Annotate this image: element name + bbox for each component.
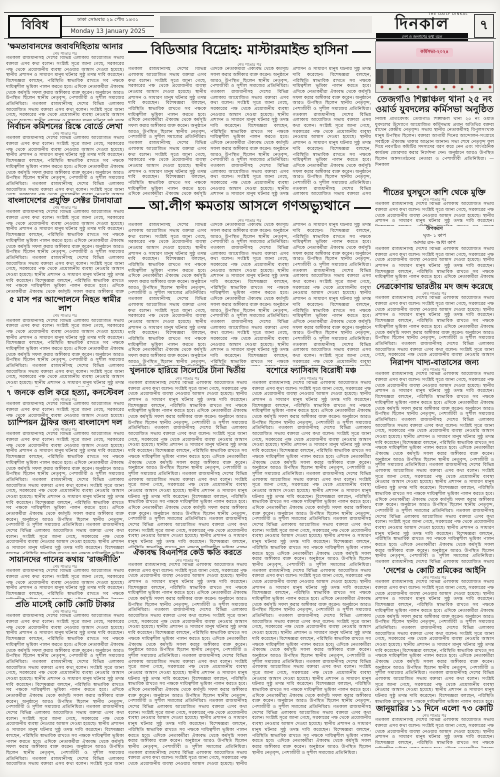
column-4: কর্মিসভা-২০২৪ তেজগাঁও শিল্পাঞ্চল থানা ২৫… — [375, 41, 494, 748]
article-headline: ৭ জনকে গুলি করে হত্যা, কনস্টেবল — [6, 388, 124, 397]
article-headline: ঐক্যবদ্ধ বিএনপির কেউ ক্ষতি করতে — [128, 549, 247, 558]
article-headline: শীতের ঘুসঘুসে কাশি থেকে মুক্তি — [375, 188, 494, 197]
article: নেত্রকোণায় ভারতীয় মদ জব্দ করেছে শেষ পা… — [375, 281, 494, 357]
masthead: বিবিধ ঢাকা সোমবার ২৯ পৌষ ১৪৩১ Monday 13 … — [4, 14, 496, 36]
article: বিডিআর বিদ্রোহ: মাস্টারমাইন্ড হাসিনা শেষ… — [128, 41, 371, 197]
article: যশোরে ফ্যাসিবাদ বিরোধী মঞ্চ শেষ পাতার পর… — [252, 366, 371, 766]
article-body: গতকাল রাজধানীসহ দেশের বিভিন্ন এলাকায় আয… — [375, 580, 494, 703]
center-lower-columns: খুলনাকে হারিয়ে সিলেটের টানা দ্বিতীয় শে… — [128, 366, 371, 766]
article-body: গতকাল রাজধানীসহ দেশের বিভিন্ন এলাকায় আয… — [375, 202, 494, 226]
photo-banner-text: কর্মিসভা-২০২৪ — [416, 48, 452, 57]
page-number-box: ৭ — [474, 14, 494, 38]
headline-dash-left — [128, 51, 147, 53]
article-headline: নেত্রকোণায় ভারতীয় মদ জব্দ করেছে — [375, 282, 494, 291]
headline-dash-left — [128, 207, 145, 209]
article-headline: ৫ মাস পর আন্দোলনে নিহত স্বামীর লাশ — [6, 295, 124, 313]
article: 'ক্ষমতাবানদের জবাবদিহিতায় আনার শেষ পাতা… — [6, 41, 124, 121]
column-1: 'ক্ষমতাবানদের জবাবদিহিতায় আনার শেষ পাতা… — [6, 41, 124, 766]
article: ঐক্যবদ্ধ বিএনপির কেউ ক্ষতি করতে শেষ পাতা… — [128, 548, 247, 766]
article: ৫ মাস পর আন্দোলনে নিহত স্বামীর লাশ শেষ প… — [6, 294, 124, 387]
article-body: গতকাল রাজধানীসহ দেশের বিভিন্ন এলাকায় আয… — [6, 210, 124, 294]
paper-name: দিনকাল — [376, 16, 468, 32]
article-body: গতকাল রাজধানীসহ দেশের বিভিন্ন এলাকায় আয… — [6, 432, 124, 554]
center-columns: বিডিআর বিদ্রোহ: মাস্টারমাইন্ড হাসিনা শেষ… — [128, 41, 371, 766]
article-body: গতকাল রাজধানীসহ দেশের বিভিন্ন এলাকায় আয… — [375, 247, 494, 281]
page-number: ৭ — [480, 16, 488, 37]
article-headline: সায়ানদের গানের কথায় 'রাজনীতি' — [6, 555, 124, 564]
article-body: গতকাল রাজধানীসহ দেশের বিভিন্ন এলাকায় আয… — [6, 614, 124, 766]
article-body: গতকাল রাজধানীসহ দেশের বিভিন্ন এলাকায় আয… — [375, 372, 494, 565]
article-body: গতকাল রাজধানীসহ দেশের বিভিন্ন এলাকায় আয… — [375, 296, 494, 357]
article: নিরাপদ খাদ্য-বাতাসের জন্য শেষ পাতার পর গ… — [375, 357, 494, 565]
article-headline: প্রতি মাসেই কোটি কোটি টাকার — [6, 600, 124, 609]
article: বাংলাদেশের প্রযুক্তি সেক্টর টানাযাত্রা শ… — [6, 195, 124, 294]
headline-dash-right — [352, 51, 371, 53]
article-body: গতকাল রাজধানীসহ দেশের বিভিন্ন এলাকায় আয… — [6, 569, 124, 599]
article-headline: জানুয়ারির ১১ দিনে এলো ৭৩ কোটি — [375, 704, 494, 713]
section-name: বিবিধ — [22, 17, 49, 37]
article: আ.লীগ ক্ষমতায় আসলে গণঅভ্যুত্থানে শেষ পা… — [128, 197, 371, 366]
article-headline: 'দেশের ৬ কোটি শ্রমিকের আইনি — [375, 566, 494, 575]
photo-dais-people — [376, 69, 493, 84]
article: জানুয়ারির ১১ দিনে এলো ৭৩ কোটি শেষ পাতার… — [375, 703, 494, 748]
spanning-headline-row: বিডিআর বিদ্রোহ: মাস্টারমাইন্ড হাসিনা — [128, 41, 371, 62]
article-headline: চ্যাম্পিয়ন ট্রফির জন্য বাংলাদেশ দল — [6, 418, 124, 427]
event-photo: কর্মিসভা-২০২৪ — [375, 41, 494, 93]
article-body: গতকাল রাজধানীসহ দেশের বিভিন্ন এলাকায় আয… — [252, 381, 371, 766]
article-body: গতকাল রাজধানীসহ দেশের বিভিন্ন এলাকায় আয… — [375, 718, 494, 748]
article-headline: খুলনাকে হারিয়ে সিলেটের টানা দ্বিতীয় — [128, 367, 247, 376]
article-headline: নির্বাচন কমিশনের রিস্কে বোর্ডে লেখা — [6, 122, 124, 131]
newspaper-page: বিবিধ ঢাকা সোমবার ২৯ পৌষ ১৪৩১ Monday 13 … — [0, 0, 500, 777]
article-headline: 'ক্ষমতাবানদের জবাবদিহিতায় আনার — [6, 42, 124, 51]
photo-flower-table — [376, 84, 493, 92]
photo-banner: কর্মিসভা-২০২৪ — [376, 42, 493, 63]
article: খুলনাকে হারিয়ে সিলেটের টানা দ্বিতীয় শে… — [128, 366, 247, 548]
header-gray-bar — [160, 16, 372, 33]
article-body: গতকাল রাজধানীসহ দেশের বিভিন্ন এলাকায় আয… — [6, 136, 124, 195]
article: সায়ানদের গানের কথায় 'রাজনীতি' শেষ পাতা… — [6, 554, 124, 599]
article: শীতের ঘুসঘুসে কাশি থেকে মুক্তি শেষ পাতার… — [375, 187, 494, 281]
article-headline: বাংলাদেশের প্রযুক্তি সেক্টর টানাযাত্রা — [6, 196, 124, 205]
date-english: Monday 13 January 2025 — [62, 27, 154, 36]
masthead-bottom-rule — [4, 38, 496, 39]
date-bengali: ঢাকা সোমবার ২৯ পৌষ ১৪৩১ — [62, 16, 154, 27]
article-body: গতকাল রাজধানীসহ দেশের বিভিন্ন এলাকায় আয… — [128, 223, 371, 366]
column-2: খুলনাকে হারিয়ে সিলেটের টানা দ্বিতীয় শে… — [128, 366, 247, 766]
article-headline: আ.লীগ ক্ষমতায় আসলে গণঅভ্যুত্থানে — [149, 197, 350, 218]
article: প্রতি মাসেই কোটি কোটি টাকার শেষ পাতার পর… — [6, 599, 124, 766]
article-body: গতকাল রাজধানীসহ দেশের বিভিন্ন এলাকায় আয… — [6, 56, 124, 121]
article: 'দেশের ৬ কোটি শ্রমিকের আইনি শেষ পাতার পর… — [375, 565, 494, 703]
article-body: গতকাল রাজধানীসহ দেশের বিভিন্ন এলাকায় আয… — [128, 563, 247, 766]
article-body: গতকাল রাজধানীসহ দেশের বিভিন্ন এলাকায় আয… — [128, 381, 247, 548]
article-body: গতকাল রাজধানীসহ দেশের বিভিন্ন এলাকায় আয… — [6, 402, 124, 417]
photo-caption: নিজস্ব প্রতিবেদক: তেজগাঁও শিল্পাঞ্চল থান… — [375, 117, 494, 187]
article: চ্যাম্পিয়ন ট্রফির জন্য বাংলাদেশ দল শেষ … — [6, 417, 124, 554]
article-headline: নিরাপদ খাদ্য-বাতাসের জন্য — [375, 358, 494, 367]
article: ৭ জনকে গুলি করে হত্যা, কনস্টেবল শেষ পাতা… — [6, 387, 124, 417]
headline-dash-right — [354, 207, 371, 209]
spanning-headline-row: আ.লীগ ক্ষমতায় আসলে গণঅভ্যুত্থানে — [128, 197, 371, 218]
date-box: ঢাকা সোমবার ২৯ পৌষ ১৪৩১ Monday 13 Januar… — [62, 15, 154, 37]
article-headline: যশোরে ফ্যাসিবাদ বিরোধী মঞ্চ — [252, 367, 371, 376]
article-headline: বিডিআর বিদ্রোহ: মাস্টারমাইন্ড হাসিনা — [151, 41, 348, 62]
article-body: গতকাল রাজধানীসহ দেশের বিভিন্ন এলাকায় আয… — [128, 67, 371, 197]
section-logo: বিবিধ — [8, 15, 62, 39]
article-body: গতকাল রাজধানীসহ দেশের বিভিন্ন এলাকায় আয… — [6, 319, 124, 387]
column-3: যশোরে ফ্যাসিবাদ বিরোধী মঞ্চ শেষ পাতার পর… — [252, 366, 371, 766]
photo-headline: তেজগাঁও শিল্পাঞ্চল থানা ২৫ নং ওয়ার্ড যু… — [375, 95, 494, 117]
article: নির্বাচন কমিশনের রিস্কে বোর্ডে লেখা শেষ … — [6, 121, 124, 195]
